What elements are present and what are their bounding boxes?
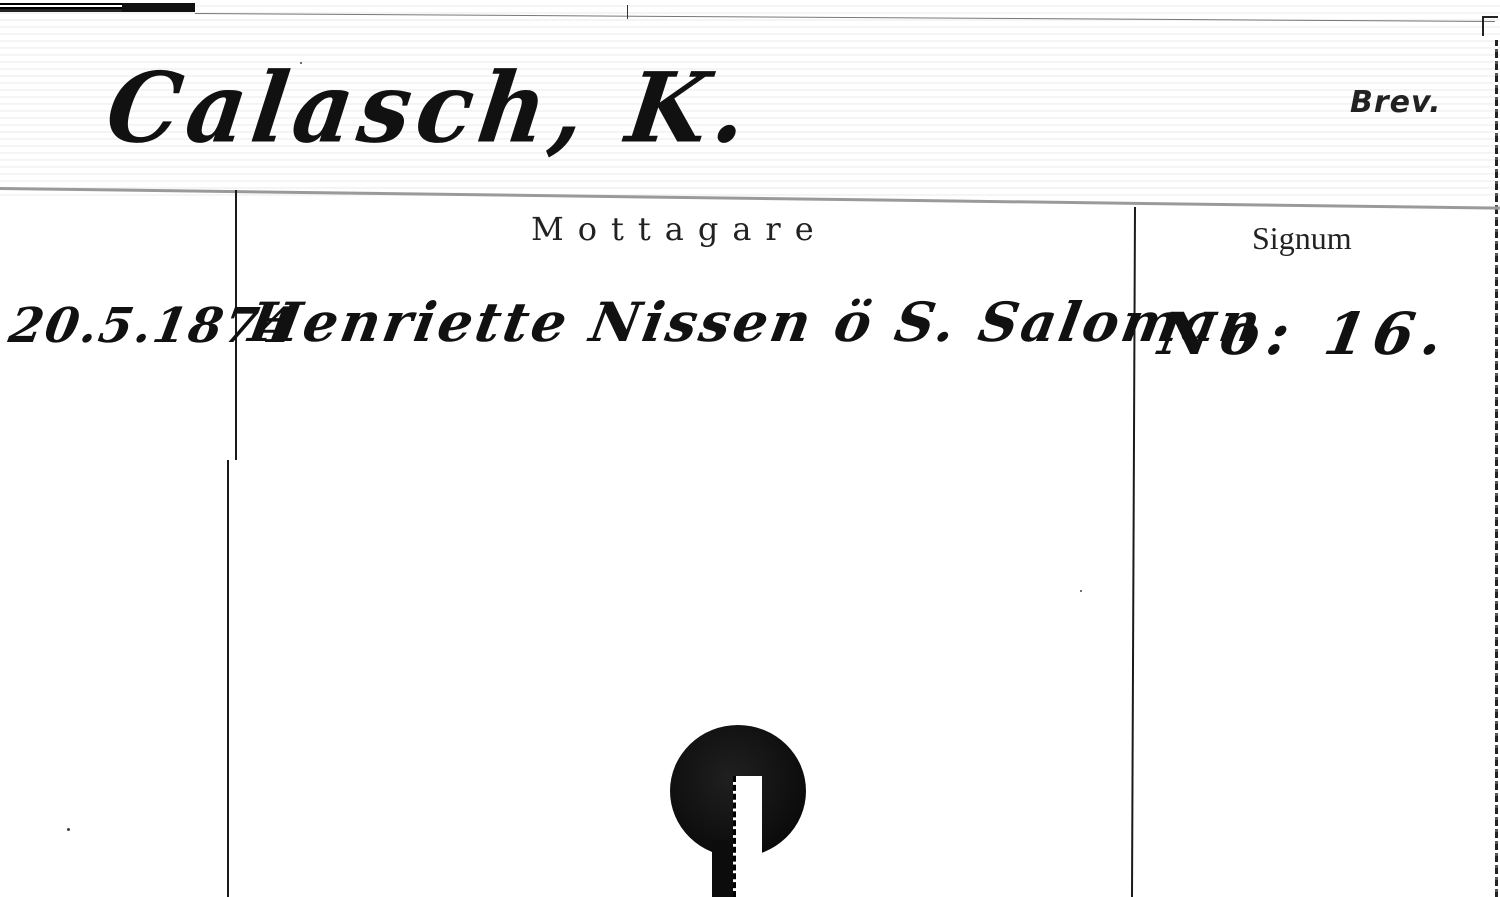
card-top-edge (195, 13, 1495, 22)
scan-speck (1080, 590, 1082, 592)
recipient-column-header: Mottagare (531, 210, 828, 248)
scan-edge-artifact (122, 3, 195, 12)
scan-edge-tick (627, 5, 628, 19)
card-corner-edge (1482, 16, 1498, 36)
card-right-edge (1495, 40, 1498, 897)
scan-speck (67, 828, 70, 831)
signum-column-header: Signum (1252, 220, 1352, 257)
punch-hole-gap (733, 776, 762, 897)
card-name-heading: Calasch, K. (102, 60, 759, 157)
date-column-divider-lower (227, 460, 229, 897)
card-type-label: Brev. (1350, 85, 1442, 120)
entry-recipient: Henriette Nissen ö S. Saloman (244, 290, 1268, 354)
index-card: Calasch, K. Brev. Mottagare Signum 20.5.… (0, 0, 1500, 897)
scan-speck (300, 62, 302, 64)
entry-signum: No: 16. (1154, 300, 1456, 368)
